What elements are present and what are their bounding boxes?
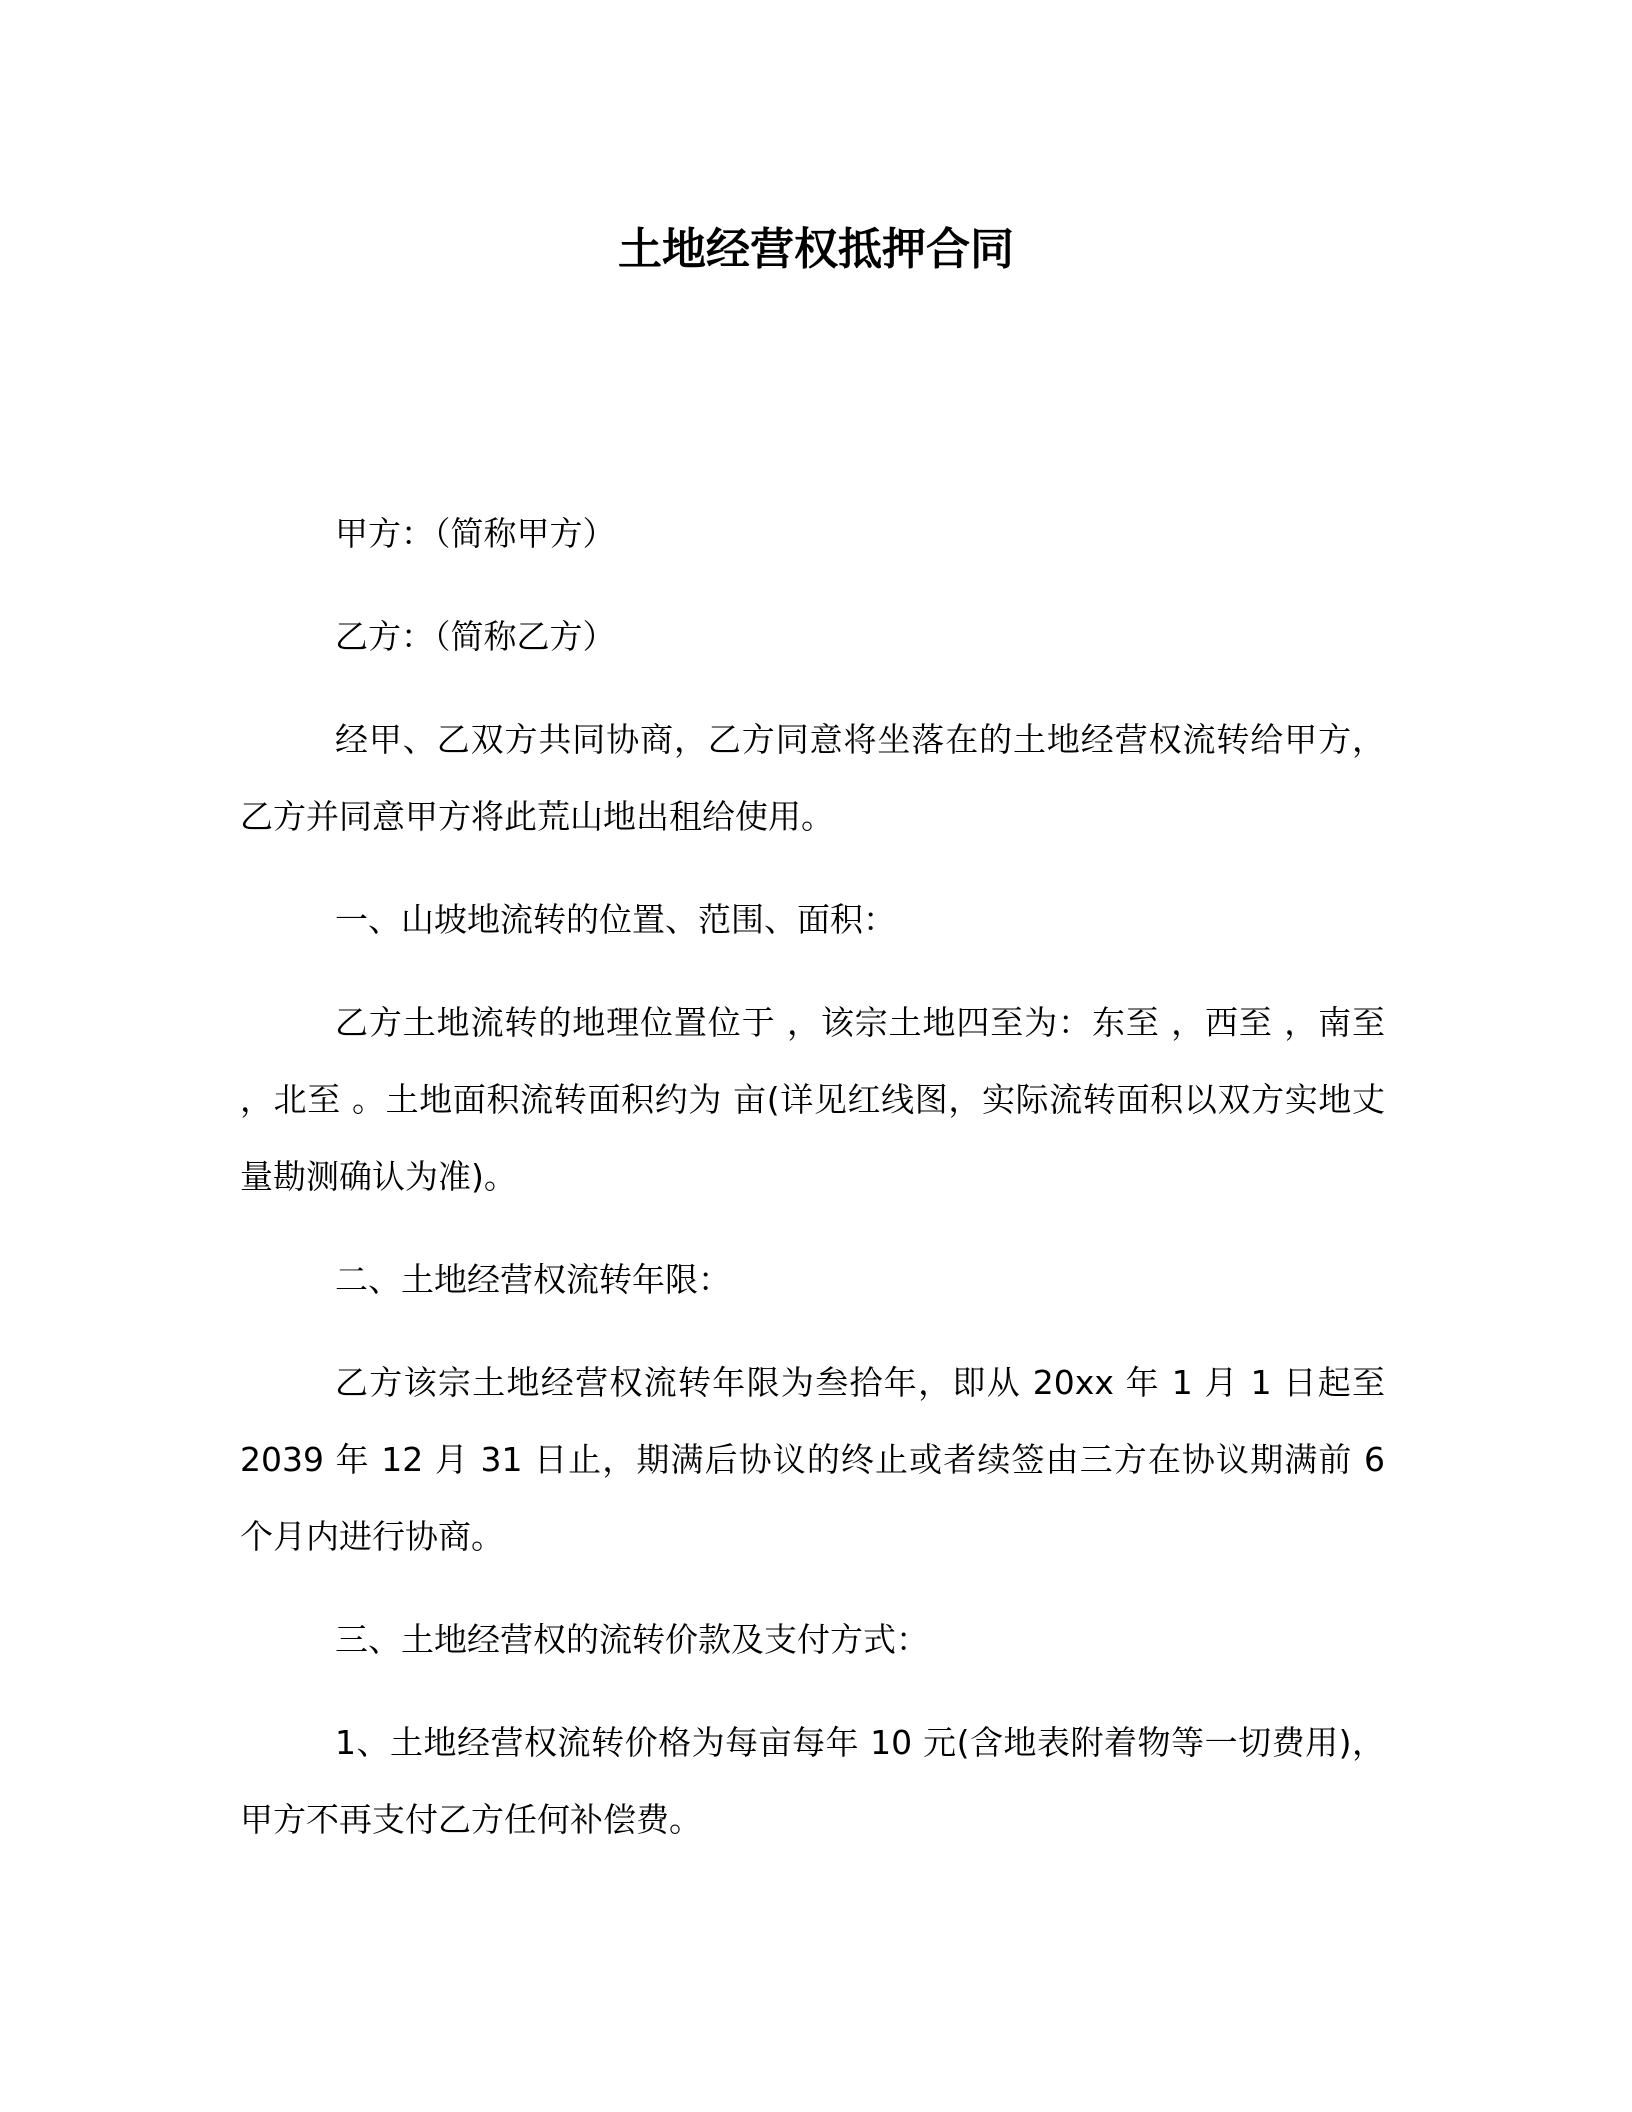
intro-paragraph: 经甲、乙双方共同协商，乙方同意将坐落在的土地经营权流转给甲方，乙方并同意甲方将此… (240, 701, 1385, 855)
section-3-item-1: 1、土地经营权流转价格为每亩每年 10 元(含地表附着物等一切费用)，甲方不再支… (240, 1704, 1385, 1858)
party-a-line: 甲方：（简称甲方） (240, 495, 1385, 572)
section-3-heading: 三、土地经营权的流转价款及支付方式： (240, 1601, 1385, 1678)
section-2-body: 乙方该宗土地经营权流转年限为叁拾年，即从 20xx 年 1 月 1 日起至 20… (240, 1344, 1385, 1575)
party-b-line: 乙方：（简称乙方） (240, 598, 1385, 675)
document-body: 甲方：（简称甲方） 乙方：（简称乙方） 经甲、乙双方共同协商，乙方同意将坐落在的… (240, 495, 1385, 1884)
document-page: 土地经营权抵押合同 甲方：（简称甲方） 乙方：（简称乙方） 经甲、乙双方共同协商… (0, 0, 1632, 2112)
section-1-body: 乙方土地流转的地理位置位于 ，该宗土地四至为：东至 ，西至 ，南至 ，北至 。土… (240, 984, 1385, 1215)
section-2-heading: 二、土地经营权流转年限： (240, 1241, 1385, 1318)
section-1-heading: 一、山坡地流转的位置、范围、面积： (240, 881, 1385, 958)
document-title: 土地经营权抵押合同 (0, 222, 1632, 278)
